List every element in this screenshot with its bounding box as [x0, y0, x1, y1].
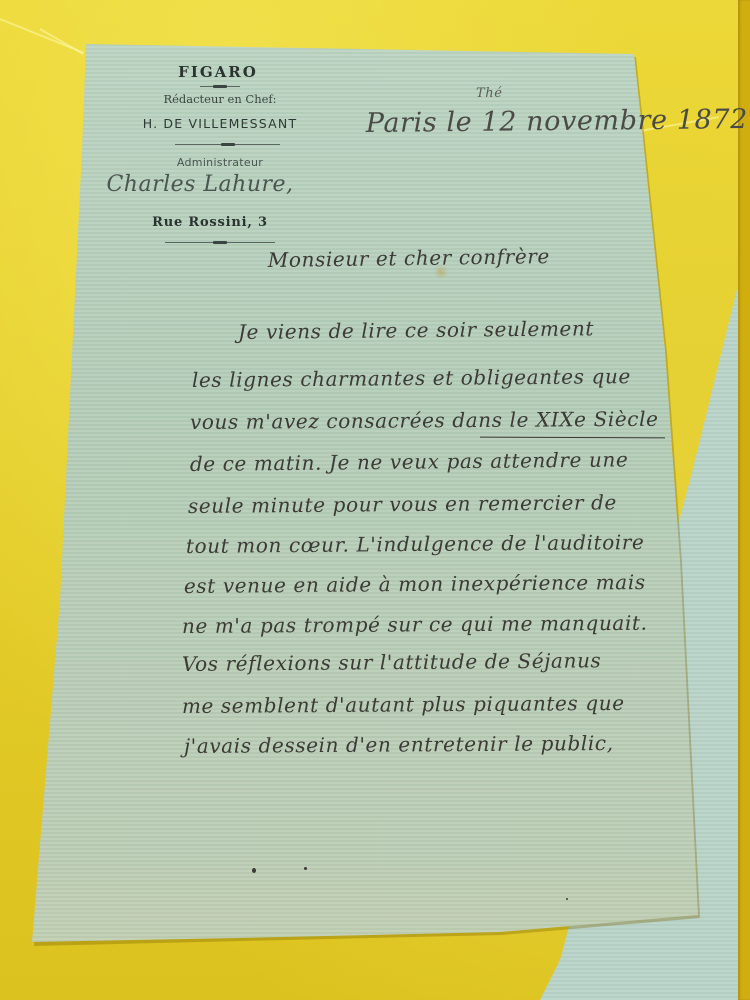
letterhead-admin-label: Administrateur: [150, 156, 290, 169]
letterhead-editor: H. DE VILLEMESSANT: [120, 116, 320, 131]
body-line: me semblent d'autant plus piquantes que: [182, 691, 625, 718]
paper-stain: [435, 263, 447, 281]
body-line: vous m'avez consacrées dans le XIXe Sièc…: [190, 407, 659, 434]
backing-edge: [738, 0, 750, 1000]
letterhead-address: Rue Rossini, 3: [130, 215, 290, 230]
letterhead-title: FIGARO: [148, 63, 288, 81]
dateline: Paris le 12 novembre 1872: [366, 104, 748, 139]
body-line: est venue en aide à mon inexpérience mai…: [184, 570, 646, 598]
body-line: de ce matin. Je ne veux pas attendre une: [190, 447, 629, 476]
top-note: Thé: [476, 86, 503, 101]
body-line: Vos réflexions sur l'attitude de Séjanus: [182, 648, 602, 676]
letterhead-divider: [175, 144, 280, 145]
ink-speck: [566, 898, 568, 900]
letterhead-role: Rédacteur en Chef:: [140, 92, 300, 106]
body-line: ne m'a pas trompé sur ce qui me manquait…: [182, 611, 648, 638]
ink-speck: [304, 867, 307, 870]
body-line: j'avais dessein d'en entretenir le publi…: [184, 731, 614, 758]
body-line: seule minute pour vous en remercier de: [188, 490, 617, 518]
salutation: Monsieur et cher confrère: [268, 244, 550, 272]
letterhead-divider: [200, 86, 240, 87]
ink-speck: [252, 868, 256, 873]
body-line: tout mon cœur. L'indulgence de l'auditoi…: [186, 530, 645, 558]
letterhead-divider: [165, 242, 275, 243]
letterhead-administrator: Charles Lahure,: [100, 172, 300, 197]
body-line: Je viens de lire ce soir seulement: [238, 316, 594, 344]
body-line: les lignes charmantes et obligeantes que: [192, 364, 631, 392]
